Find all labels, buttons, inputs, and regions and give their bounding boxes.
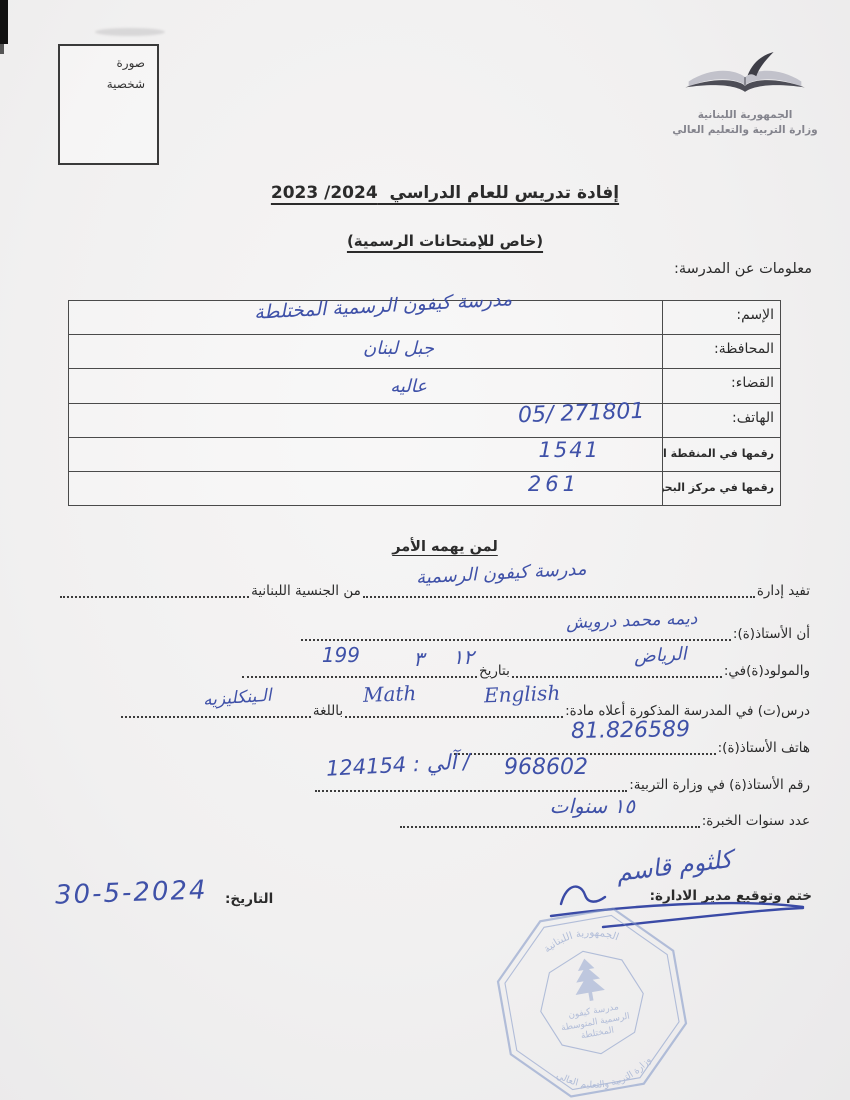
line2-pre-text: أن الأستاذ(ة): [731,623,812,645]
dotted-leader [301,631,731,641]
document-title-text: إفادة تدريس للعام الدراسي [390,183,620,203]
line6-pre-text: رقم الأستاذ(ة) في وزارة التربية: [627,774,812,796]
letter-line-certify: تفيد إدارة من الجنسية اللبنانية مدرسة كي… [60,572,812,602]
row-label-name: الإسم: [662,301,780,334]
hw-teacher-phone: 81.826589 [571,719,690,743]
row-label-phone: الهاتف: [662,404,780,437]
table-row-governorate: المحافظة: جبل لبنان [69,335,780,369]
scanner-edge-artifact [0,0,8,44]
org-name-line2: وزارة التربية والتعليم العالي [652,123,838,138]
row-value-name: مدرسة كيفون الرسمية المختلطة [69,301,662,334]
row-label-governorate: المحافظة: [662,335,780,368]
letter-heading: لمن يهمه الأمر [392,539,498,555]
table-row-edu-zone-number: رقمها في المنقطة التربوية: 1541 [69,438,780,472]
official-stamp: الجمهورية اللبنانية وزارة التربية والتعل… [462,905,722,1100]
hw-subject-english: English [483,682,560,707]
hw-teacher-name: ديمه محمد درويش [565,608,697,635]
row-value-district: عاليه [69,369,662,402]
hw-experience-years: ١٥ سنوات [550,795,635,817]
row-value-edu-zone-number: 1541 [69,438,662,471]
hw-edu-zone-number: 1541 [539,438,600,462]
date-label: التاريخ: [225,891,273,907]
hw-school-name-letter: مدرسة كيفون الرسمية [416,559,587,590]
hw-birth-year: 199 [322,644,360,666]
document-title: إفادة تدريس للعام الدراسي 2023 /2024 [271,183,619,203]
hw-district: عاليه [390,376,427,397]
document-subtitle: (خاص للإمتحانات الرسمية) [347,232,543,250]
dotted-leader [345,708,563,718]
line4-mid-text: باللغة [311,700,345,722]
dotted-leader [454,745,716,755]
dotted-leader [512,668,722,678]
school-info-heading: معلومات عن المدرسة: [674,261,812,277]
ministry-logo: الجمهورية اللبنانية وزارة التربية والتعل… [652,52,838,138]
table-row-district: القضاء: عاليه [69,369,780,403]
hw-date-value: 30-5-2024 [55,875,209,910]
document-title-row: إفادة تدريس للعام الدراسي 2023 /2024 [0,183,850,203]
letter-heading-row: لمن يهمه الأمر [0,536,850,555]
hw-phone: 05/ 271801 [517,398,644,427]
letter-line-experience-years: عدد سنوات الخبرة: ١٥ سنوات [60,802,812,832]
table-row-phone: الهاتف: 05/ 271801 [69,404,780,438]
row-value-phone: 05/ 271801 [69,404,662,437]
hw-research-center-number: 261 [528,472,580,496]
row-label-edu-zone-number: رقمها في المنقطة التربوية: [662,438,780,471]
hw-birth-day: ١٢ [453,646,474,668]
line1-pre-text: تفيد إدارة [755,580,812,602]
dotted-leader [363,588,755,598]
line7-pre-text: عدد سنوات الخبرة: [700,810,812,832]
document-subtitle-row: (خاص للإمتحانات الرسمية) [0,231,850,250]
stamp-arc-top-text: الجمهورية اللبنانية [540,922,622,956]
school-info-table: الإسم: مدرسة كيفون الرسمية المختلطة المح… [68,300,781,506]
hw-governorate: جبل لبنان [363,338,434,359]
dotted-leader [242,668,477,678]
hw-birth-place: الرياض [634,644,688,669]
line3-pre-text: والمولود(ة)في: [722,660,812,682]
photo-box-label-line2: شخصية [60,74,145,95]
personal-photo-box: صورة شخصية [58,44,159,165]
table-row-name: الإسم: مدرسة كيفون الرسمية المختلطة [69,301,780,335]
hw-auto-number: / آلي : 124154 [325,750,470,780]
scanner-edge-artifact-fade [0,44,4,54]
document-title-years: 2023 /2024 [271,183,378,203]
letter-line-subject: درس(ت) في المدرسة المذكورة أعلاه مادة: ب… [60,692,812,722]
org-name-line1: الجمهورية اللبنانية [652,108,838,123]
dotted-leader [400,818,700,828]
letter-line-birth: والمولود(ة)في: بتاريخ الرياض ١٢ ٣ 199 [60,652,812,682]
scan-smudge [95,28,165,36]
open-book-icon [670,52,820,104]
hw-birth-month: ٣ [413,648,424,670]
scanned-document-page: صورة شخصية الجمهورية اللبنانية وزارة الت… [0,0,850,1100]
dotted-leader [60,588,249,598]
row-value-research-center-number: 261 [69,472,662,505]
row-label-research-center-number: رقمها في مركز البحوث: [662,472,780,505]
photo-box-label-line1: صورة [60,53,145,74]
hw-ministry-number: 968602 [504,757,588,779]
row-label-district: القضاء: [662,369,780,402]
hw-subject-math: Math [362,682,416,706]
row-value-governorate: جبل لبنان [69,335,662,368]
hw-school-name: مدرسة كيفون الرسمية المختلطة [253,288,512,323]
table-row-research-center-number: رقمها في مركز البحوث: 261 [69,472,780,505]
line3-mid-text: بتاريخ [477,660,512,682]
letter-line-ministry-number: رقم الأستاذ(ة) في وزارة التربية: 968602 … [60,766,812,796]
stamp-inner-octagon [532,942,652,1062]
line1-post-text: من الجنسية اللبنانية [249,580,363,602]
cedar-tree-emblem [570,956,607,1003]
dotted-leader [315,782,627,792]
letter-line-teacher-name: أن الأستاذ(ة): ديمه محمد درويش [60,615,812,645]
line5-pre-text: هاتف الأستاذ(ة): [716,737,812,759]
